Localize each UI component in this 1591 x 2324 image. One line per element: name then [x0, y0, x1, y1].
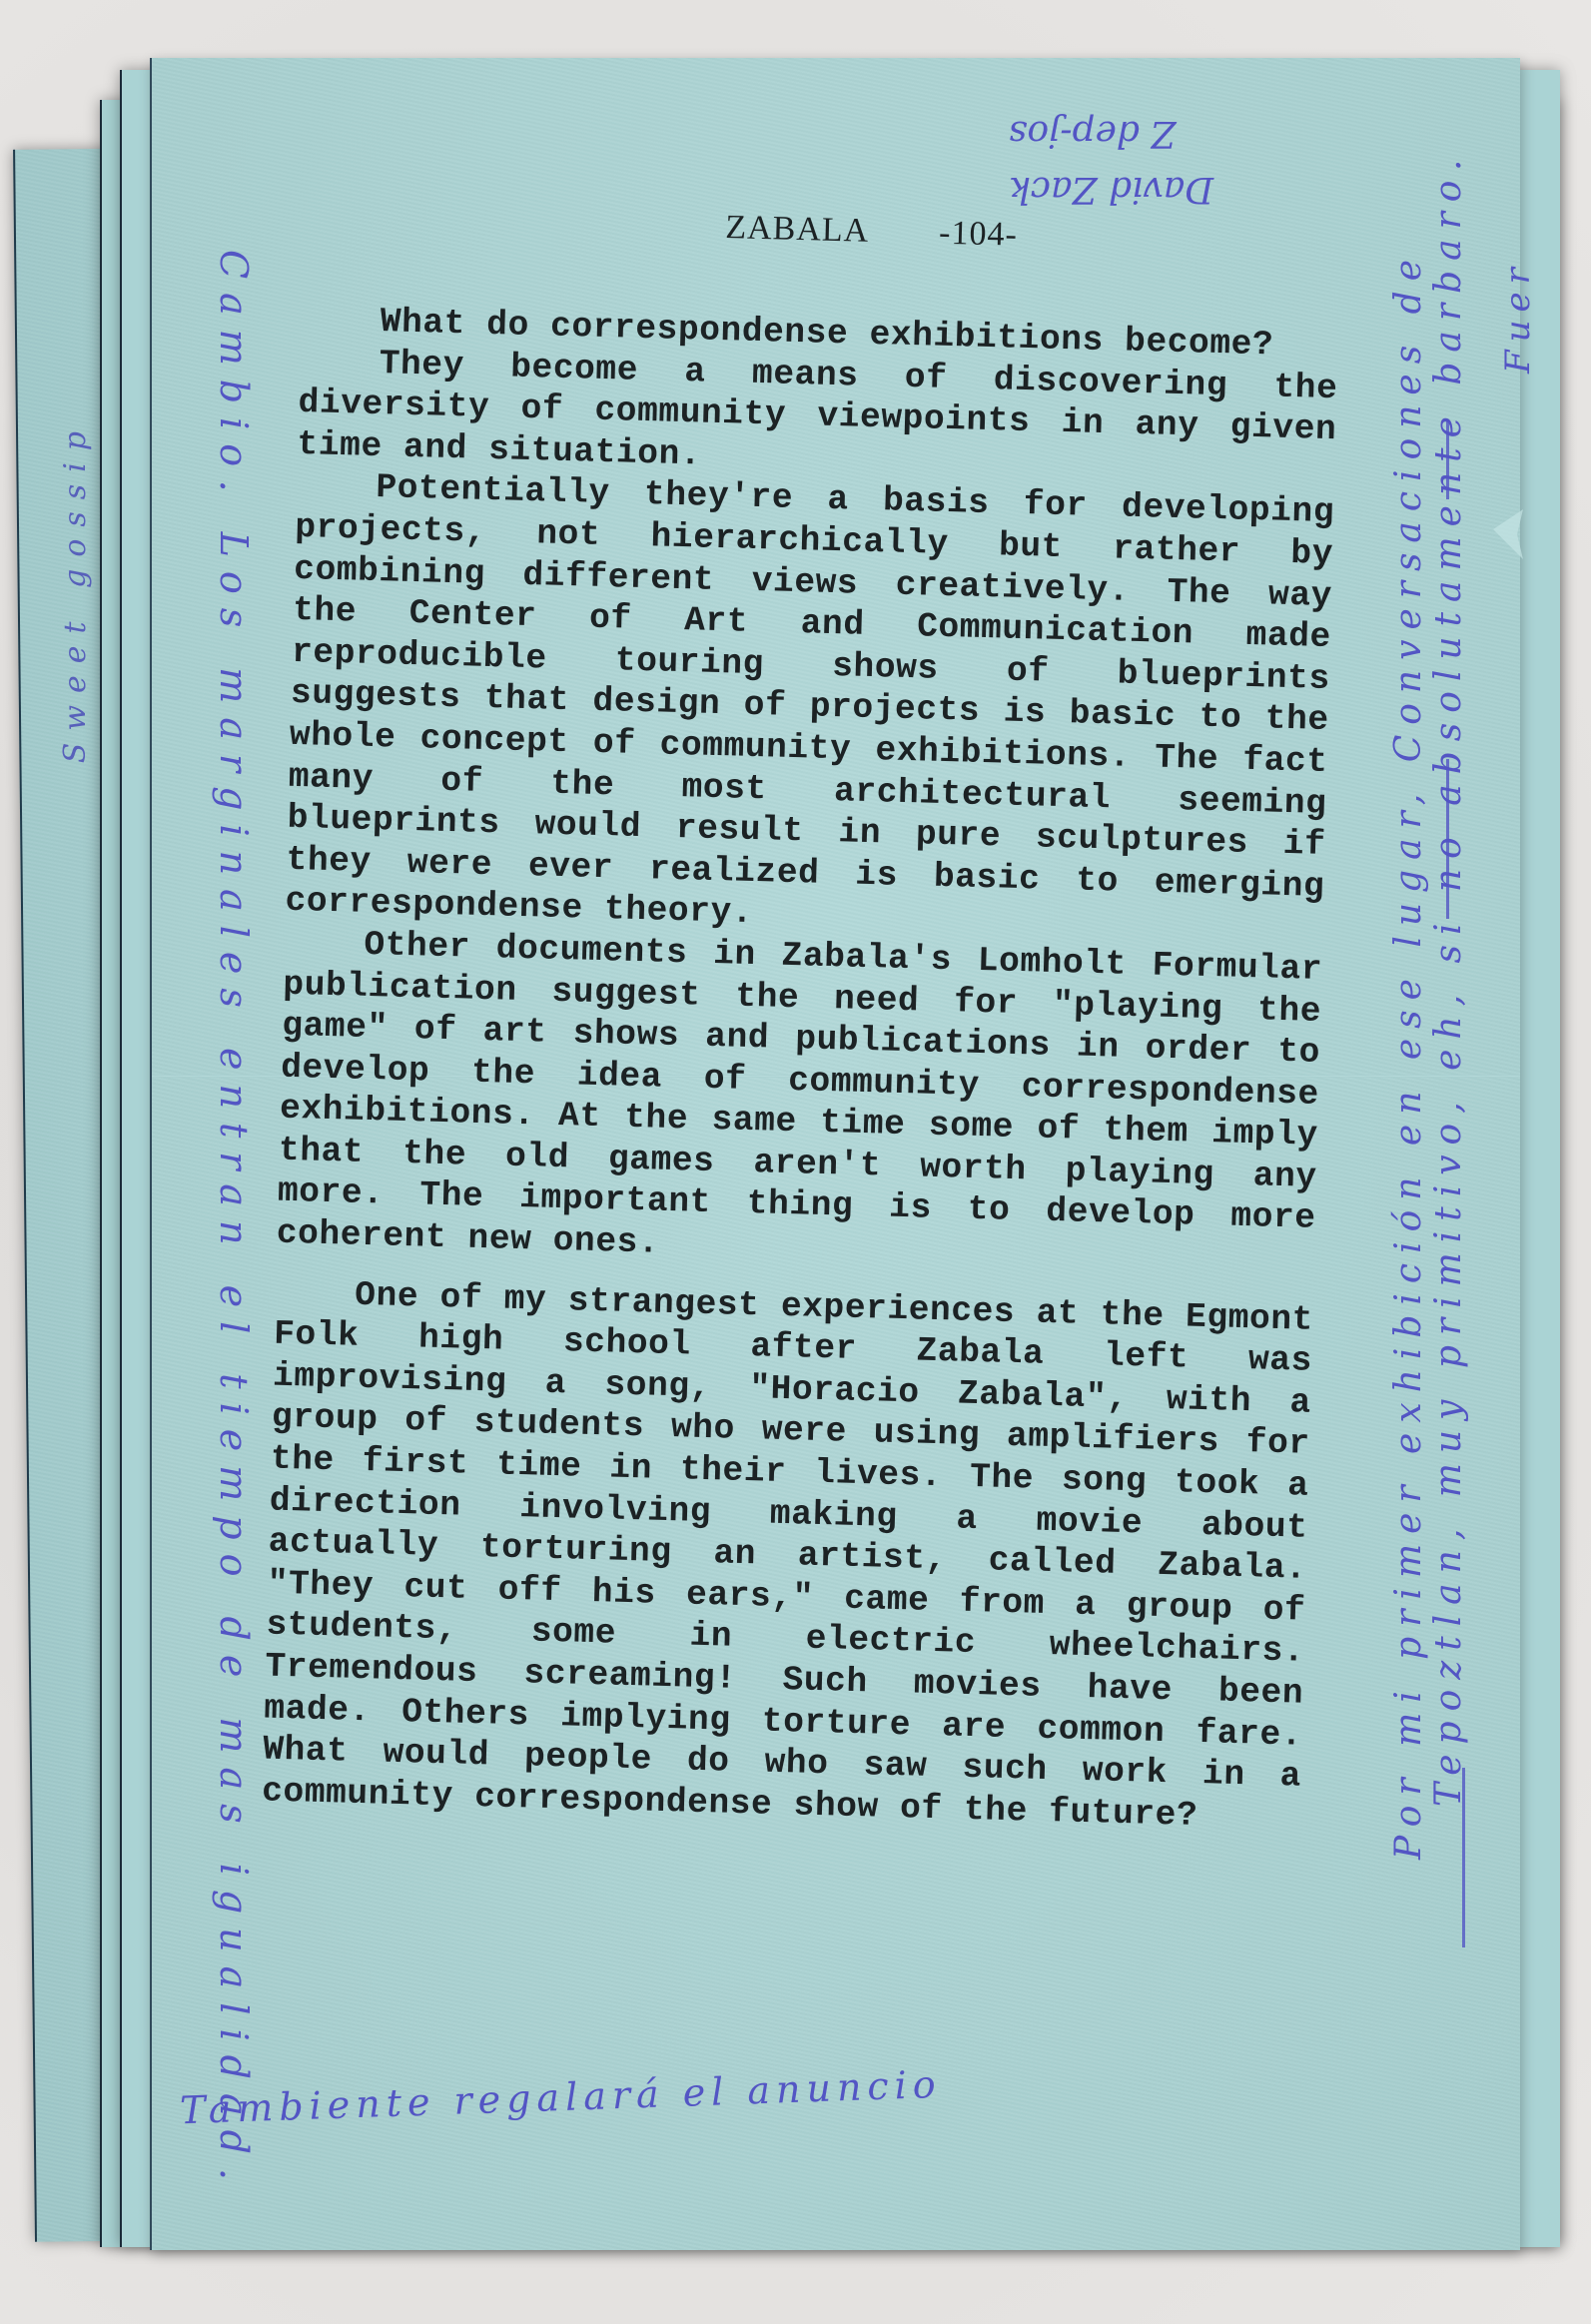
document-body: What do correspondense exhibitions becom…: [262, 300, 1339, 1840]
handwritten-line: Z dep-jos: [1009, 105, 1428, 161]
pen-underline: [1446, 759, 1449, 919]
paragraph: Other documents in Zabala's Lomholt Form…: [276, 923, 1322, 1282]
page-number: -104-: [939, 215, 1019, 254]
handwritten-right-margin-note: Por mi primer exhibición en ese lugar, C…: [1388, 250, 1429, 2097]
header-title: ZABALA: [725, 209, 870, 250]
handwritten-left-margin-note: Cambio. Los marginales entran el tiempo …: [212, 250, 256, 2147]
paragraph: One of my strangest experiences at the E…: [262, 1272, 1314, 1840]
handwritten-right-margin-note: Fuer: [1498, 260, 1538, 689]
typed-text-block: ZABALA-104- What do correspondense exhib…: [262, 160, 1343, 1840]
handwritten-line: David Zack: [1009, 161, 1428, 217]
pen-underline: [1462, 1768, 1465, 1947]
handwritten-signature: David Zack Z dep-jos: [1009, 105, 1428, 217]
pen-underline: [1446, 419, 1449, 499]
back-sheet-handwriting: Sweet gossip: [58, 419, 93, 763]
paragraph: Potentially they're a basis for developi…: [285, 465, 1335, 950]
